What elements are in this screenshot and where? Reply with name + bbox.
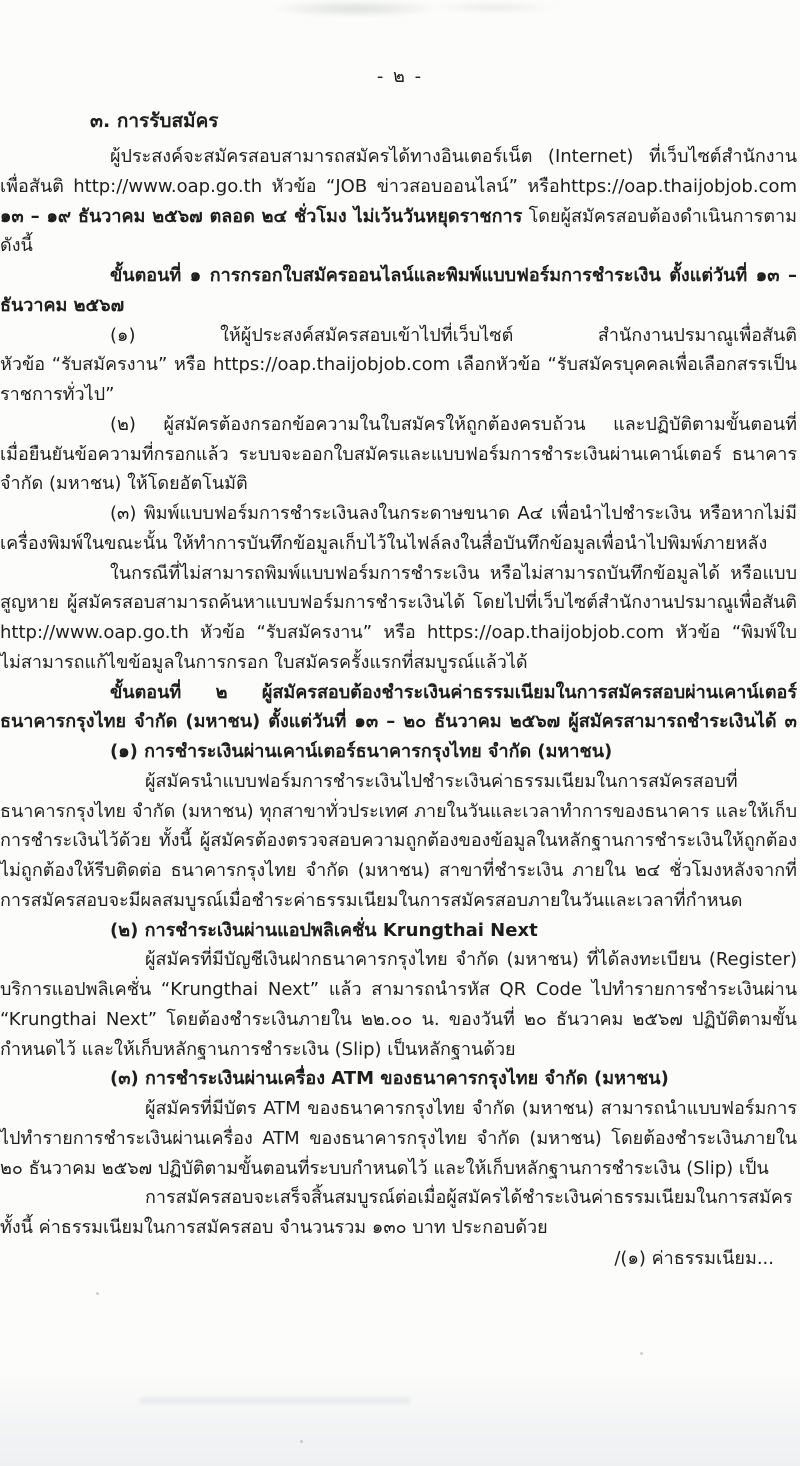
doc-line-channel3-heading: (๓) การชำระเงินผ่านเครื่อง ATM ของธนาคาร… xyxy=(0,1064,800,1094)
doc-line-step1-heading: ธันวาคม ๒๕๖๗ xyxy=(0,291,800,321)
scan-speck xyxy=(300,1440,303,1443)
doc-line: การชำระเงินไว้ด้วย ทั้งนี้ ผู้สมัครต้องต… xyxy=(0,826,800,856)
doc-line: ไม่สามารถแก้ไขข้อมูลในการกรอก ใบสมัครครั… xyxy=(0,648,800,678)
doc-line: ทั้งนี้ ค่าธรรมเนียมในการสมัครสอบ จำนวนร… xyxy=(0,1213,800,1243)
doc-line: ผู้สมัครนำแบบฟอร์มการชำระเงินไปชำระเงินค… xyxy=(0,767,800,797)
doc-line: (๑) ให้ผู้ประสงค์สมัครสอบเข้าไปที่เว็บไซ… xyxy=(0,321,800,351)
doc-line: การสมัครสอบจะเสร็จสิ้นสมบูรณ์ต่อเมื่อผู้… xyxy=(0,1183,800,1213)
doc-line-channel2-heading: (๒) การชำระเงินผ่านแอปพลิเคชั่น Krungtha… xyxy=(0,916,800,946)
doc-line: ๑๓ – ๑๙ ธันวาคม ๒๕๖๗ ตลอด ๒๔ ชั่วโมง ไม่… xyxy=(0,202,800,232)
doc-line: ไปทำรายการชำระเงินผ่านเครื่อง ATM ของธนา… xyxy=(0,1124,800,1154)
doc-line-step2-heading: ธนาคารกรุงไทย จำกัด (มหาชน) ตั้งแต่วันที… xyxy=(0,707,800,737)
scan-speck xyxy=(96,1292,99,1295)
doc-line: ดังนี้ xyxy=(0,231,800,261)
scan-speck xyxy=(640,1352,643,1355)
doc-line: ในกรณีที่ไม่สามารถพิมพ์แบบฟอร์มการชำระเง… xyxy=(0,559,800,589)
doc-line-step2-heading: ขั้นตอนที่ ๒ ผู้สมัครสอบต้องชำระเงินค่าธ… xyxy=(0,678,800,708)
doc-line: จำกัด (มหาชน) ให้โดยอัตโนมัติ xyxy=(0,469,800,499)
text-run-bold: ๑๓ – ๑๙ ธันวาคม ๒๕๖๗ ตลอด ๒๔ ชั่วโมง ไม่… xyxy=(0,206,522,227)
page-number: - ๒ - xyxy=(0,62,800,92)
doc-line-step1-heading: ขั้นตอนที่ ๑ การกรอกใบสมัครออนไลน์และพิม… xyxy=(0,261,800,291)
doc-line: บริการแอปพลิเคชั่น “Krungthai Next” แล้ว… xyxy=(0,975,800,1005)
doc-line: “Krungthai Next” โดยต้องชำระเงินภายใน ๒๒… xyxy=(0,1005,800,1035)
doc-line: (๓) พิมพ์แบบฟอร์มการชำระเงินลงในกระดาษขน… xyxy=(0,499,800,529)
page-content: - ๒ - ๓. การรับสมัคร ผู้ประสงค์จะสมัครสอ… xyxy=(0,0,800,1274)
doc-line: เมื่อยืนยันข้อความที่กรอกแล้ว ระบบจะออกใ… xyxy=(0,440,800,470)
doc-line: กำหนดไว้ และให้เก็บหลักฐานการชำระเงิน (S… xyxy=(0,1035,800,1065)
doc-line-channel1-heading: (๑) การชำระเงินผ่านเคาน์เตอร์ธนาคารกรุงไ… xyxy=(0,737,800,767)
doc-line: ไม่ถูกต้องให้รีบติดต่อ ธนาคารกรุงไทย จำก… xyxy=(0,856,800,886)
doc-line: ๒๐ ธันวาคม ๒๕๖๗ ปฏิบัติตามขั้นตอนที่ระบบ… xyxy=(0,1154,800,1184)
doc-line: หัวข้อ “รับสมัครงาน” หรือ https://oap.th… xyxy=(0,350,800,380)
scan-shadow xyxy=(0,1372,800,1466)
doc-line: ผู้ประสงค์จะสมัครสอบสามารถสมัครได้ทางอิน… xyxy=(0,142,800,172)
doc-line: ธนาคารกรุงไทย จำกัด (มหาชน) ทุกสาขาทั่วป… xyxy=(0,797,800,827)
doc-line: ราชการทั่วไป” xyxy=(0,380,800,410)
doc-line: ผู้สมัครที่มีบัตร ATM ของธนาคารกรุงไทย จ… xyxy=(0,1094,800,1124)
doc-line: สูญหาย ผู้สมัครสอบสามารถค้นหาแบบฟอร์มการ… xyxy=(0,588,800,618)
doc-line: เพื่อสันติ http://www.oap.go.th หัวข้อ “… xyxy=(0,172,800,202)
doc-line: เครื่องพิมพ์ในขณะนั้น ให้ทำการบันทึกข้อม… xyxy=(0,529,800,559)
section-heading: ๓. การรับสมัคร xyxy=(0,106,800,136)
doc-line: ผู้สมัครที่มีบัญชีเงินฝากธนาคารกรุงไทย จ… xyxy=(0,945,800,975)
doc-line: (๒) ผู้สมัครต้องกรอกข้อความในใบสมัครให้ถ… xyxy=(0,410,800,440)
doc-line: http://www.oap.go.th หัวข้อ “รับสมัครงาน… xyxy=(0,618,800,648)
document-body: ผู้ประสงค์จะสมัครสอบสามารถสมัครได้ทางอิน… xyxy=(0,142,800,1243)
scanned-document-page: - ๒ - ๓. การรับสมัคร ผู้ประสงค์จะสมัครสอ… xyxy=(0,0,800,1466)
doc-line: การสมัครสอบจะมีผลสมบูรณ์เมื่อชำระค่าธรรม… xyxy=(0,886,800,916)
scan-streak xyxy=(140,1398,410,1403)
text-run: เพื่อสันติ http://www.oap.go.th หัวข้อ “… xyxy=(0,176,797,197)
continuation-marker: /(๑) ค่าธรรมเนียม... xyxy=(0,1244,800,1274)
